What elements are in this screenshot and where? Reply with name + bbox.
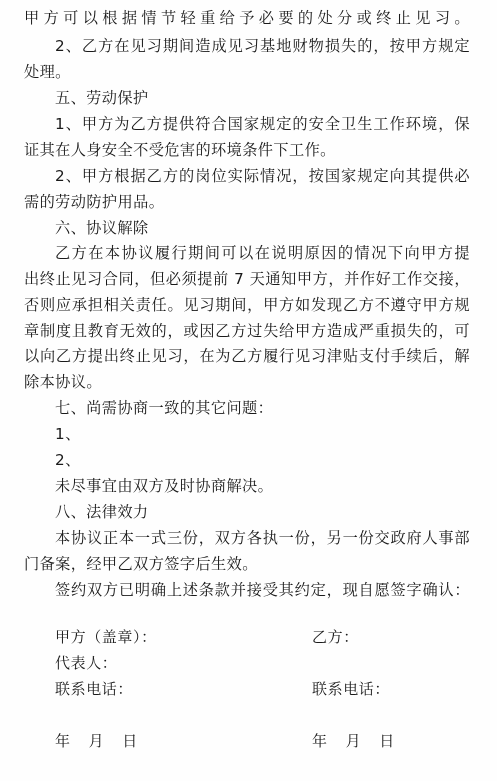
paragraph-line: 未尽事宜由双方及时协商解决。 [55,477,470,495]
party-a-phone-label: 联系电话： [55,680,133,698]
party-b-date: 年月日 [312,732,395,750]
date-year: 年 [312,732,328,750]
confirmation-statement: 签约双方已明确上述条款并接受其约定，现自愿签字确认： [55,581,470,599]
party-b-label: 乙方： [312,628,359,646]
date-day: 日 [122,732,138,750]
paragraph-line: 处理。 [24,63,470,81]
faint-watermark [315,752,490,774]
party-a-date: 年月日 [55,732,138,750]
party-a-representative-label: 代表人： [55,654,117,672]
paragraph-line: 章制度且教育无效的，或因乙方过失给甲方造成严重损失的，可 [24,322,470,340]
date-day: 日 [379,732,395,750]
paragraph-line: 否则应承担相关责任。见习期间，甲方如发现乙方不遵守甲方规 [24,296,470,314]
paragraph-line: 需的劳动防护用品。 [24,193,470,211]
section-heading-labor-protection: 五、劳动保护 [55,89,470,107]
other-issue-2: 2、 [55,451,470,469]
termination-paragraph: 乙方在本协议履行期间可以在说明原因的情况下向甲方提 [55,244,470,262]
other-issue-1: 1、 [55,425,470,443]
legal-effect-paragraph: 本协议正本一式三份，双方各执一份，另一份交政府人事部 [55,529,470,547]
party-b-phone-label: 联系电话： [312,680,390,698]
clause-4-2: 2、乙方在见习期间造成见习基地财物损失的，按甲方规定 [55,37,470,55]
paragraph-line: 甲方可以根据情节轻重给予必要的处分或终止见习。 [24,9,470,27]
document-page: 甲方可以根据情节轻重给予必要的处分或终止见习。 2、乙方在见习期间造成见习基地财… [0,0,497,781]
section-heading-termination: 六、协议解除 [55,219,470,237]
party-a-seal-label: 甲方（盖章）： [55,628,157,646]
clause-5-2: 2、甲方根据乙方的岗位实际情况，按国家规定向其提供必 [55,167,470,185]
paragraph-line: 除本协议。 [24,373,470,391]
clause-5-1: 1、甲方为乙方提供符合国家规定的安全卫生工作环境，保 [55,115,470,133]
paragraph-line: 出终止见习合同，但必须提前 7 天通知甲方，并作好工作交接， [24,270,470,288]
paragraph-line: 证其在人身安全不受危害的环境条件下工作。 [24,141,470,159]
date-year: 年 [55,732,71,750]
paragraph-line: 门备案，经甲乙双方签字后生效。 [24,555,470,573]
section-heading-other-issues: 七、尚需协商一致的其它问题： [55,399,470,417]
date-month: 月 [346,732,362,750]
section-heading-legal-effect: 八、法律效力 [55,503,470,521]
date-month: 月 [89,732,105,750]
paragraph-line: 以向乙方提出终止见习，在为乙方履行见习津贴支付手续后，解 [24,347,470,365]
